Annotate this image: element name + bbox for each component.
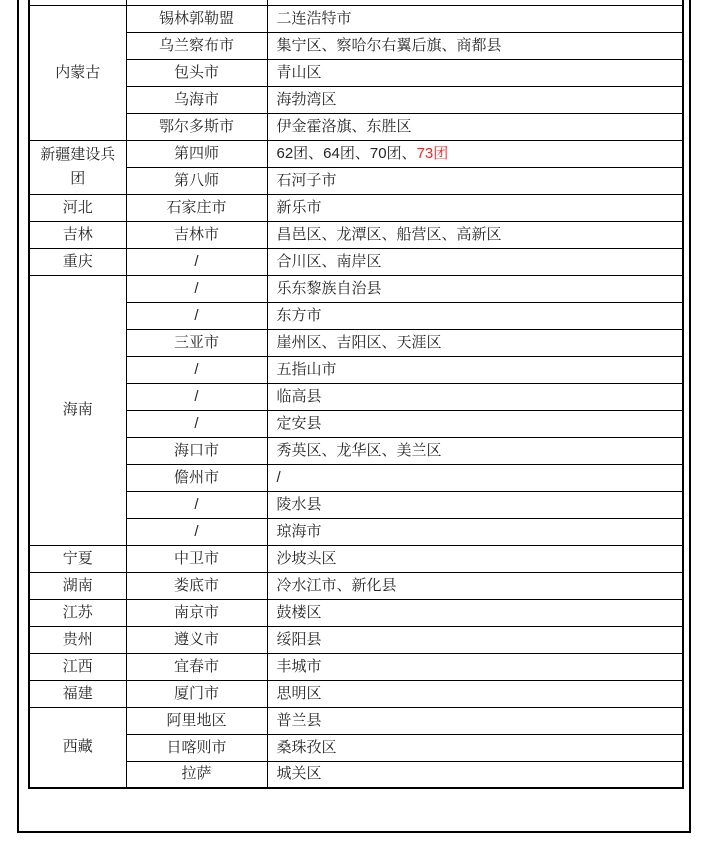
city-cell: 三亚市 <box>126 329 267 356</box>
table-row: 日喀则市 桑珠孜区 <box>29 734 683 761</box>
table-row: 海口市 秀英区、龙华区、美兰区 <box>29 437 683 464</box>
district-cell: 鼓楼区 <box>267 599 683 626</box>
city-cell: 锡林郭勒盟 <box>126 5 267 32</box>
city-cell: 儋州市 <box>126 464 267 491</box>
city-cell: 第四师 <box>126 140 267 167</box>
district-cell: / <box>267 464 683 491</box>
province-cell: 贵州 <box>29 626 126 653</box>
district-cell: 绥阳县 <box>267 626 683 653</box>
province-cell: 吉林 <box>29 221 126 248</box>
document-page: 内蒙古 锡林郭勒盟 二连浩特市 乌兰察布市 集宁区、察哈尔右翼后旗、商都县 包头… <box>0 0 708 841</box>
table-row: 内蒙古 锡林郭勒盟 二连浩特市 <box>29 5 683 32</box>
province-cell: 江苏 <box>29 599 126 626</box>
city-cell: / <box>126 410 267 437</box>
district-cell: 新乐市 <box>267 194 683 221</box>
province-cell: 西藏 <box>29 707 126 788</box>
district-cell: 合川区、南岸区 <box>267 248 683 275</box>
district-cell: 海勃湾区 <box>267 86 683 113</box>
district-cell: 定安县 <box>267 410 683 437</box>
city-cell: 厦门市 <box>126 680 267 707</box>
district-cell: 秀英区、龙华区、美兰区 <box>267 437 683 464</box>
city-cell: / <box>126 383 267 410</box>
table-row: 河北 石家庄市 新乐市 <box>29 194 683 221</box>
district-cell: 城关区 <box>267 761 683 788</box>
province-cell: 新疆建设兵团 <box>29 140 126 194</box>
district-cell: 临高县 <box>267 383 683 410</box>
table-row: 儋州市 / <box>29 464 683 491</box>
district-cell: 陵水县 <box>267 491 683 518</box>
table-row: / 陵水县 <box>29 491 683 518</box>
province-cell: 福建 <box>29 680 126 707</box>
table-row: 湖南 娄底市 冷水江市、新化县 <box>29 572 683 599</box>
table-row: 宁夏 中卫市 沙坡头区 <box>29 545 683 572</box>
district-text: 62团、64团、70团、 <box>277 145 417 162</box>
district-cell: 冷水江市、新化县 <box>267 572 683 599</box>
city-cell: / <box>126 302 267 329</box>
city-cell: 吉林市 <box>126 221 267 248</box>
district-cell: 思明区 <box>267 680 683 707</box>
district-cell: 沙坡头区 <box>267 545 683 572</box>
city-cell: 第八师 <box>126 167 267 194</box>
city-cell: 遵义市 <box>126 626 267 653</box>
city-cell: / <box>126 518 267 545</box>
city-cell: 海口市 <box>126 437 267 464</box>
table-row: / 五指山市 <box>29 356 683 383</box>
city-cell: / <box>126 356 267 383</box>
district-cell: 桑珠孜区 <box>267 734 683 761</box>
table-row: 拉萨 城关区 <box>29 761 683 788</box>
table-row: 西藏 阿里地区 普兰县 <box>29 707 683 734</box>
district-cell: 昌邑区、龙潭区、船营区、高新区 <box>267 221 683 248</box>
table-row: 贵州 遵义市 绥阳县 <box>29 626 683 653</box>
province-cell: 宁夏 <box>29 545 126 572</box>
province-cell: 内蒙古 <box>29 5 126 140</box>
district-cell: 石河子市 <box>267 167 683 194</box>
district-cell: 崖州区、吉阳区、天涯区 <box>267 329 683 356</box>
table-row: 重庆 / 合川区、南岸区 <box>29 248 683 275</box>
table-row: / 临高县 <box>29 383 683 410</box>
province-cell: 河北 <box>29 194 126 221</box>
city-cell: 日喀则市 <box>126 734 267 761</box>
district-cell: 青山区 <box>267 59 683 86</box>
city-cell: / <box>126 275 267 302</box>
district-cell: 集宁区、察哈尔右翼后旗、商都县 <box>267 32 683 59</box>
province-cell: 海南 <box>29 275 126 545</box>
table-row: 鄂尔多斯市 伊金霍洛旗、东胜区 <box>29 113 683 140</box>
district-cell: 62团、64团、70团、73团 <box>267 140 683 167</box>
table-row: 海南 / 乐东黎族自治县 <box>29 275 683 302</box>
district-cell: 琼海市 <box>267 518 683 545</box>
table-row: 福建 厦门市 思明区 <box>29 680 683 707</box>
table-row: 江西 宜春市 丰城市 <box>29 653 683 680</box>
region-table: 内蒙古 锡林郭勒盟 二连浩特市 乌兰察布市 集宁区、察哈尔右翼后旗、商都县 包头… <box>28 0 684 789</box>
table-row: 江苏 南京市 鼓楼区 <box>29 599 683 626</box>
city-cell: 拉萨 <box>126 761 267 788</box>
city-cell: / <box>126 491 267 518</box>
city-cell: 乌兰察布市 <box>126 32 267 59</box>
city-cell: 石家庄市 <box>126 194 267 221</box>
province-cell: 重庆 <box>29 248 126 275</box>
table-row: / 东方市 <box>29 302 683 329</box>
district-cell: 乐东黎族自治县 <box>267 275 683 302</box>
table-row: 第八师 石河子市 <box>29 167 683 194</box>
table-row: 乌海市 海勃湾区 <box>29 86 683 113</box>
table-row: 包头市 青山区 <box>29 59 683 86</box>
table-row: 吉林 吉林市 昌邑区、龙潭区、船营区、高新区 <box>29 221 683 248</box>
table-row: / 定安县 <box>29 410 683 437</box>
province-cell: 湖南 <box>29 572 126 599</box>
district-text-highlighted: 73团 <box>417 145 449 162</box>
district-cell: 五指山市 <box>267 356 683 383</box>
city-cell: 宜春市 <box>126 653 267 680</box>
district-cell: 二连浩特市 <box>267 5 683 32</box>
table-row: 乌兰察布市 集宁区、察哈尔右翼后旗、商都县 <box>29 32 683 59</box>
city-cell: 南京市 <box>126 599 267 626</box>
city-cell: 乌海市 <box>126 86 267 113</box>
city-cell: 阿里地区 <box>126 707 267 734</box>
district-cell: 伊金霍洛旗、东胜区 <box>267 113 683 140</box>
district-cell: 丰城市 <box>267 653 683 680</box>
city-cell: / <box>126 248 267 275</box>
city-cell: 包头市 <box>126 59 267 86</box>
province-cell: 江西 <box>29 653 126 680</box>
city-cell: 中卫市 <box>126 545 267 572</box>
table-row: / 琼海市 <box>29 518 683 545</box>
table-row: 三亚市 崖州区、吉阳区、天涯区 <box>29 329 683 356</box>
table-row: 新疆建设兵团 第四师 62团、64团、70团、73团 <box>29 140 683 167</box>
district-cell: 东方市 <box>267 302 683 329</box>
district-cell: 普兰县 <box>267 707 683 734</box>
city-cell: 鄂尔多斯市 <box>126 113 267 140</box>
city-cell: 娄底市 <box>126 572 267 599</box>
